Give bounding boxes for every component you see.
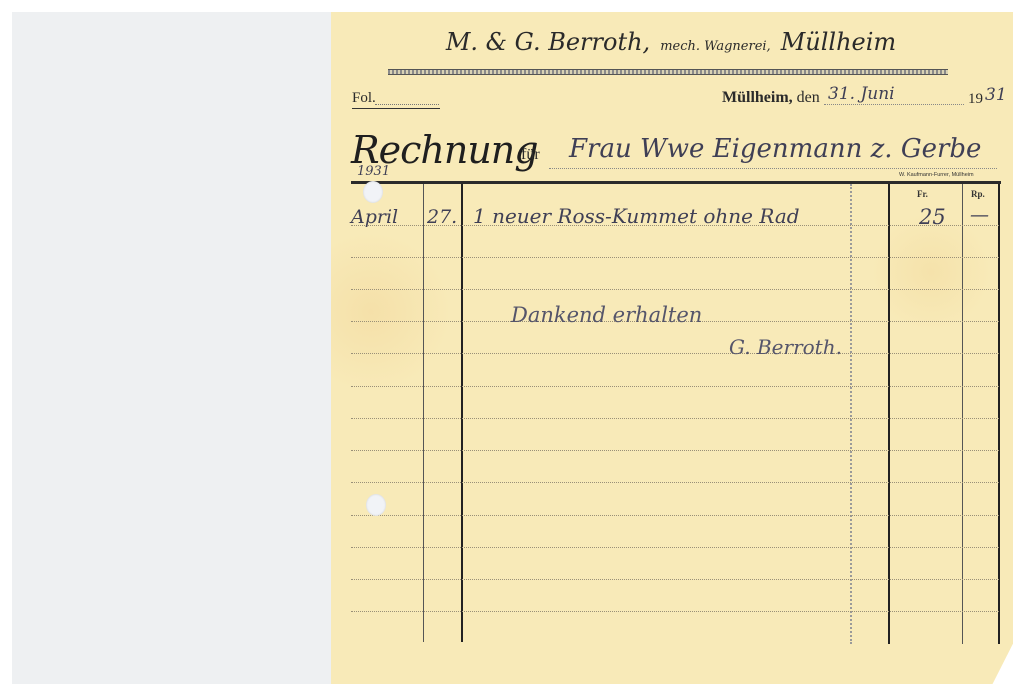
folio-label: Fol. — [352, 90, 376, 107]
column-line-francs — [888, 184, 890, 644]
item-description: 1 neuer Ross-Kummet ohne Rad — [473, 204, 800, 228]
firm-trade: mech. Wagnerei, — [660, 39, 771, 54]
column-line-month — [423, 184, 424, 642]
punch-hole — [363, 181, 383, 203]
scan-background — [12, 12, 332, 684]
place-date-line: Müllheim, den — [722, 89, 820, 107]
item-day: 27. — [427, 206, 457, 228]
row-line — [351, 418, 999, 419]
column-header-rappen: Rp. — [971, 189, 985, 199]
punch-hole — [366, 494, 386, 516]
folio-dotted-line — [375, 104, 439, 105]
invoice-paper: M. & G. Berroth, mech. Wagnerei, Müllhei… — [331, 12, 1013, 684]
letterhead: M. & G. Berroth, mech. Wagnerei, Müllhei… — [391, 28, 951, 56]
item-francs: 25 — [919, 205, 946, 229]
folio-underline — [352, 108, 440, 109]
column-line-rappen — [962, 184, 963, 644]
row-line — [351, 353, 999, 354]
den-label: den — [797, 89, 820, 106]
place-label: Müllheim, — [722, 89, 793, 106]
column-line-right — [998, 184, 1000, 644]
date-handwritten: 31. Juni — [828, 84, 895, 104]
firm-name: M. & G. Berroth, — [446, 28, 650, 56]
row-line — [351, 289, 999, 290]
table-top-rule — [351, 181, 1001, 184]
letterhead-rule — [388, 69, 948, 75]
printer-imprint: W. Kaufmann-Furrer, Müllheim — [899, 172, 974, 178]
signature: G. Berroth. — [729, 335, 842, 359]
year-prefix: 19 — [968, 91, 983, 108]
row-line — [351, 257, 999, 258]
item-rappen: — — [970, 204, 989, 226]
row-line — [351, 515, 999, 516]
row-line — [351, 482, 999, 483]
firm-town: Müllheim — [781, 28, 896, 56]
recipient-handwritten: Frau Wwe Eigenmann z. Gerbe — [569, 134, 981, 164]
row-line — [351, 450, 999, 451]
column-line-dotted — [850, 184, 852, 644]
year-handwritten: 31 — [985, 85, 1007, 105]
column-line-desc — [461, 184, 463, 642]
row-line — [351, 386, 999, 387]
recipient-dotted-line — [549, 168, 997, 169]
column-header-francs: Fr. — [917, 189, 928, 199]
year-note-handwritten: 1931 — [357, 164, 390, 179]
date-dotted-line — [824, 104, 964, 105]
row-line — [351, 547, 999, 548]
fuer-label: für — [521, 146, 540, 164]
item-month: April — [351, 206, 398, 228]
row-line — [351, 611, 999, 612]
receipt-note: Dankend erhalten — [511, 303, 702, 327]
row-line — [351, 579, 999, 580]
